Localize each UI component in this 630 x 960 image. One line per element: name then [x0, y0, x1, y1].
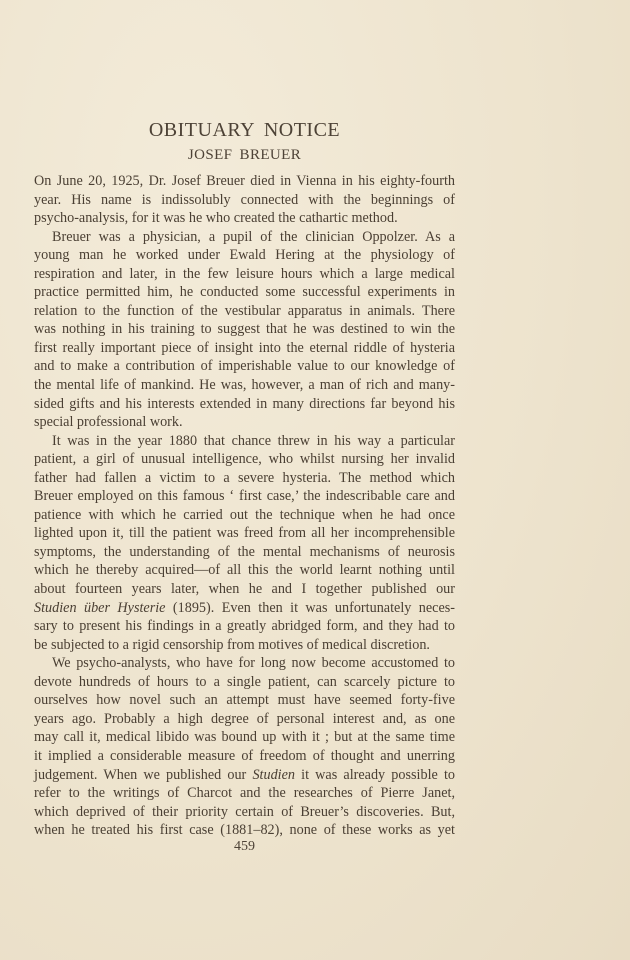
page-subtitle: JOSEF BREUER — [34, 147, 455, 164]
text-line: it implied a considerable measure of fre… — [34, 747, 455, 766]
text-line-with-italic: judgement. When we published our Studien… — [34, 766, 455, 785]
text-line: respiration and later, in the few leisur… — [34, 265, 455, 284]
paragraph-1: On June 20, 1925, Dr. Josef Breuer died … — [34, 172, 455, 228]
text-line: patient, a girl of unusual intelligence,… — [34, 450, 455, 469]
text-fragment: (1895). Even then it was unfortunately n… — [165, 600, 455, 616]
text-line: which deprived of their priority certain… — [34, 803, 455, 822]
text-line: Breuer employed on this famous ‘ first c… — [34, 487, 455, 506]
text-line: year. His name is indissolubly connected… — [34, 191, 455, 210]
text-line: young man he worked under Ewald Hering a… — [34, 246, 455, 265]
paragraph-2: Breuer was a physician, a pupil of the c… — [34, 228, 455, 432]
text-line: patience with which he carried out the t… — [34, 506, 455, 525]
text-line: about fourteen years later, when he and … — [34, 580, 455, 599]
paragraph-4: We psycho-analysts, who have for long no… — [34, 654, 455, 839]
text-line: We psycho-analysts, who have for long no… — [34, 654, 455, 673]
book-title-italic: Studien — [252, 767, 295, 783]
text-line: father had fallen a victim to a severe h… — [34, 469, 455, 488]
text-line: the mental life of mankind. He was, howe… — [34, 376, 455, 395]
text-fragment: judgement. When we published our — [34, 767, 252, 783]
text-line: and to make a contribution of imperishab… — [34, 357, 455, 376]
text-line: devote hundreds of hours to a single pat… — [34, 673, 455, 692]
text-line-with-italic: Studien über Hysterie (1895). Even then … — [34, 599, 455, 618]
page-title: OBITUARY NOTICE — [34, 119, 455, 142]
text-line: was nothing in his training to suggest t… — [34, 320, 455, 339]
text-line: symptoms, the understanding of the menta… — [34, 543, 455, 562]
text-line: years ago. Probably a high degree of per… — [34, 710, 455, 729]
body-text: On June 20, 1925, Dr. Josef Breuer died … — [34, 172, 455, 840]
text-line: On June 20, 1925, Dr. Josef Breuer died … — [34, 172, 455, 191]
text-line: refer to the writings of Charcot and the… — [34, 784, 455, 803]
text-line: sary to present his findings in a greatl… — [34, 617, 455, 636]
text-line: may call it, medical libido was bound up… — [34, 728, 455, 747]
book-title-italic: Studien über Hysterie — [34, 600, 165, 616]
text-line: It was in the year 1880 that chance thre… — [34, 432, 455, 451]
text-line: psycho-analysis, for it was he who creat… — [34, 209, 455, 228]
text-line: sided gifts and his interests extended i… — [34, 395, 455, 414]
text-line: ourselves how novel such an attempt must… — [34, 691, 455, 710]
text-line: when he treated his first case (1881–82)… — [34, 821, 455, 840]
text-line: lighted upon it, till the patient was fr… — [34, 524, 455, 543]
text-fragment: it was already possible to — [295, 767, 455, 783]
paragraph-3: It was in the year 1880 that chance thre… — [34, 432, 455, 655]
text-line: Breuer was a physician, a pupil of the c… — [34, 228, 455, 247]
text-line: be subjected to a rigid censorship from … — [34, 636, 455, 655]
text-line: practice permitted him, he conducted som… — [34, 283, 455, 302]
text-line: first really important piece of insight … — [34, 339, 455, 358]
page-number: 459 — [34, 839, 455, 855]
text-line: relation to the function of the vestibul… — [34, 302, 455, 321]
text-line: which he thereby acquired—of all this th… — [34, 561, 455, 580]
text-line: special professional work. — [34, 413, 455, 432]
